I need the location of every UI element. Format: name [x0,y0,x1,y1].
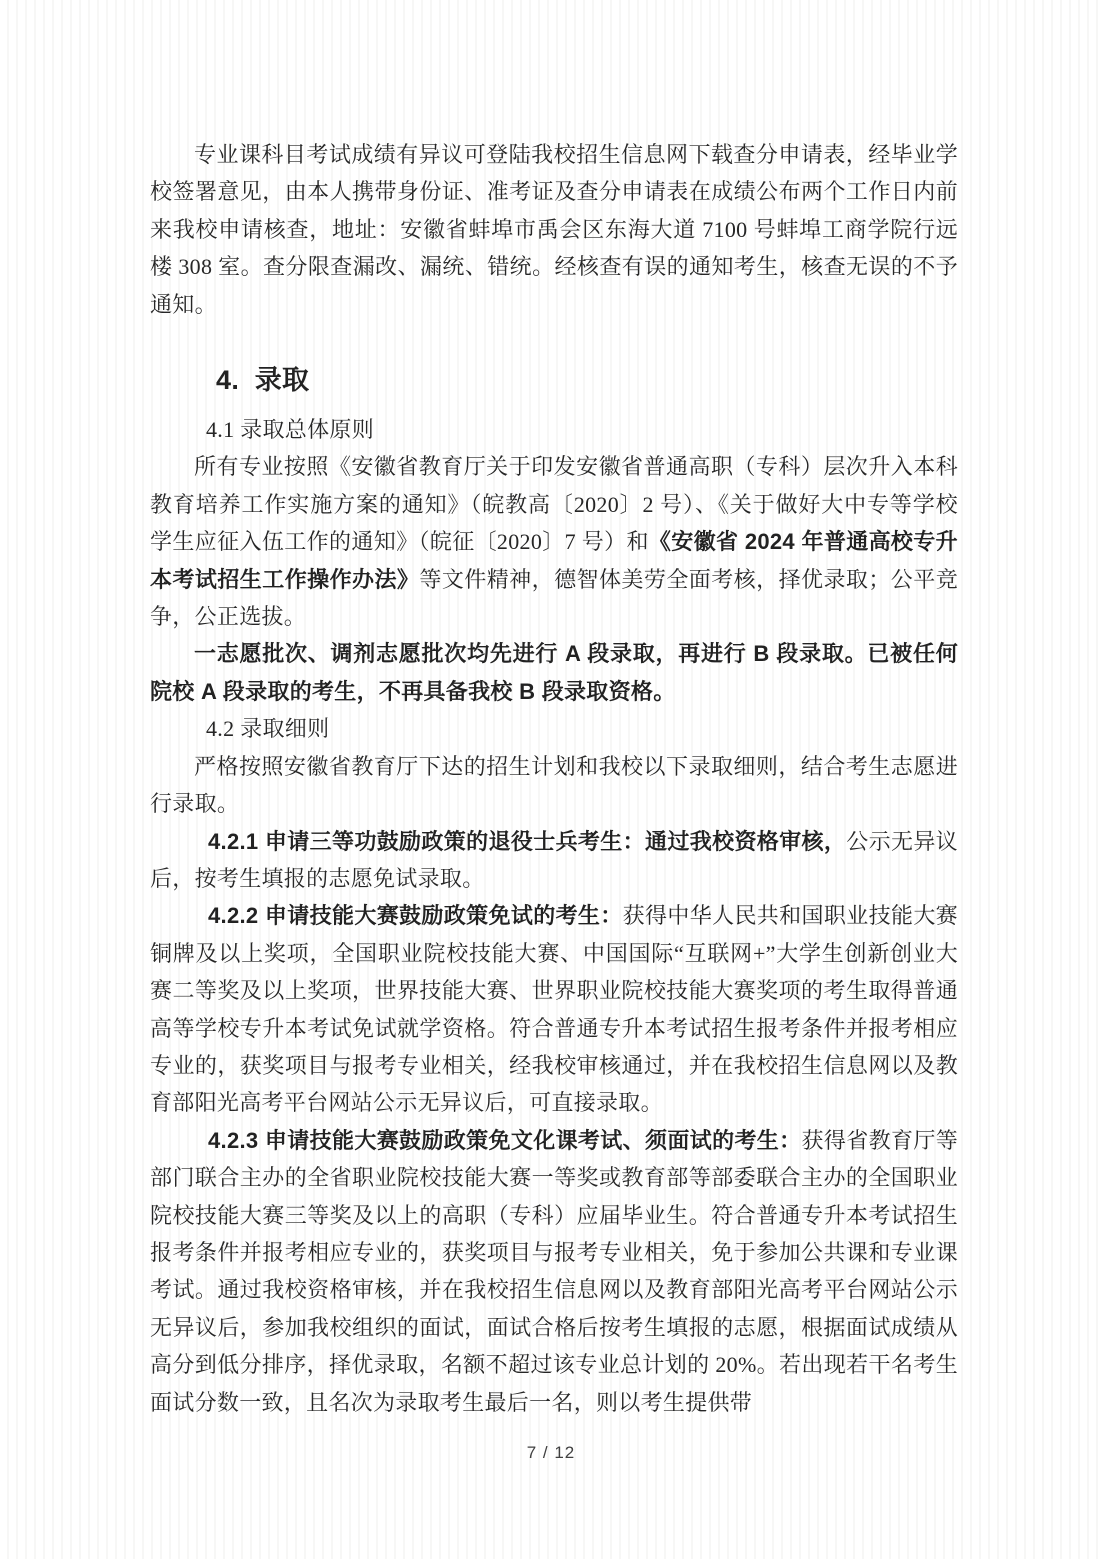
para-4-2-2-body: 获得中华人民共和国职业技能大赛铜牌及以上奖项，全国职业院校技能大赛、中国国际“互… [150,903,958,1115]
document-body: 专业课科目考试成绩有异议可登陆我校招生信息网下载查分申请表，经毕业学校签署意见，… [150,136,958,1421]
para-admission-rules-intro: 严格按照安徽省教育厅下达的招生计划和我校以下录取细则，结合考生志愿进行录取。 [150,748,958,823]
page-number: 7 / 12 [0,1442,1102,1464]
para-4-2-1-bold-lead: 4.2.1 申请三等功鼓励政策的退役士兵考生：通过我校资格审核， [208,829,846,854]
para-4-2-3-interview-required: 4.2.3 申请技能大赛鼓励政策免文化课考试、须面试的考生：获得省教育厅等部门联… [150,1122,958,1421]
section-heading-admission: 4. 录取 [216,359,958,401]
para-4-2-2-skill-contest-exempt: 4.2.2 申请技能大赛鼓励政策免试的考生：获得中华人民共和国职业技能大赛铜牌及… [150,897,958,1121]
para-score-review: 专业课科目考试成绩有异议可登陆我校招生信息网下载查分申请表，经毕业学校签署意见，… [150,136,958,323]
para-4-2-3-bold-lead: 4.2.3 申请技能大赛鼓励政策免文化课考试、须面试的考生： [208,1128,802,1153]
subheading-4-2-admission-rules: 4.2 录取细则 [150,710,958,747]
para-admission-principles: 所有专业按照《安徽省教育厅关于印发安徽省普通高职（专科）层次升入本科教育培养工作… [150,448,958,635]
para-batch-order: 一志愿批次、调剂志愿批次均先进行 A 段录取，再进行 B 段录取。已被任何院校 … [150,635,958,710]
para-4-2-3-body: 获得省教育厅等部门联合主办的全省职业院校技能大赛一等奖或教育部等部委联合主办的全… [150,1128,958,1415]
subheading-4-1-general-principles: 4.1 录取总体原则 [150,411,958,448]
para-4-2-1-veterans: 4.2.1 申请三等功鼓励政策的退役士兵考生：通过我校资格审核，公示无异议后，按… [150,823,958,898]
document-page: 专业课科目考试成绩有异议可登陆我校招生信息网下载查分申请表，经毕业学校签署意见，… [0,0,1102,1559]
para-4-2-2-bold-lead: 4.2.2 申请技能大赛鼓励政策免试的考生： [208,903,623,928]
